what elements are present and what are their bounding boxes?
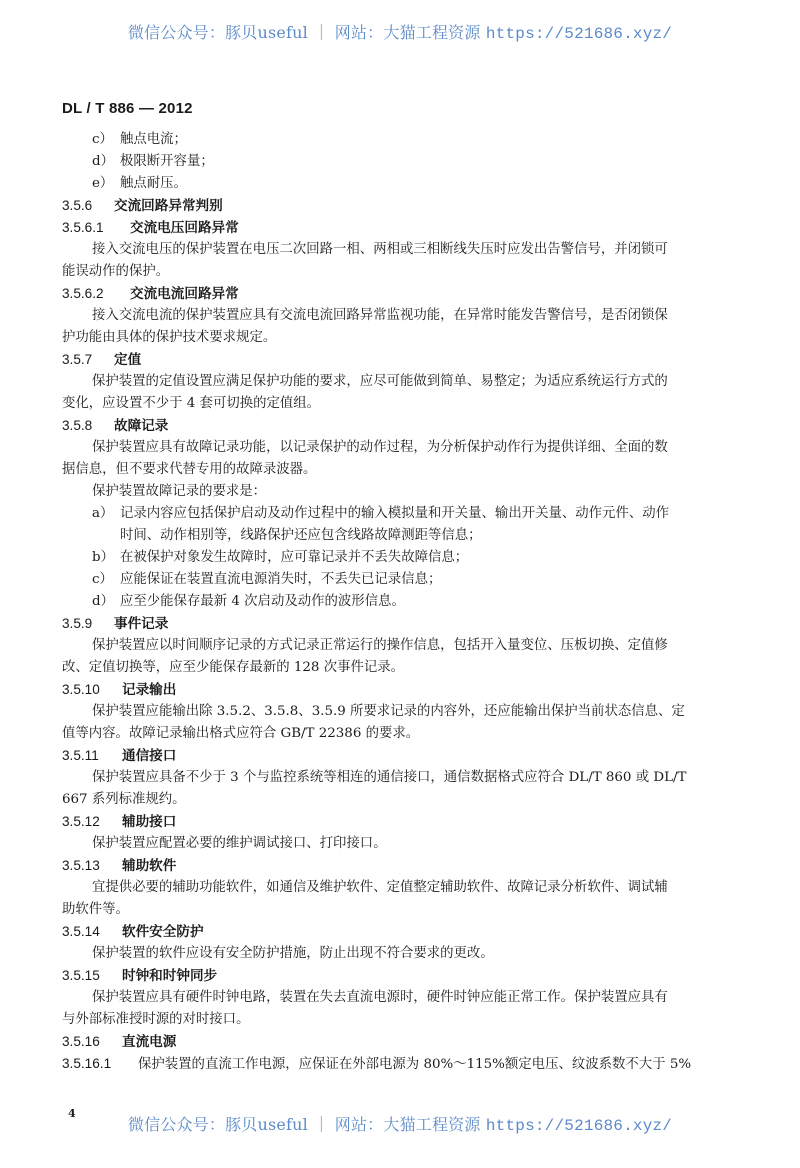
section-title: 事件记录	[114, 616, 168, 631]
list-item-text: 触点耐压。	[120, 176, 187, 191]
section-heading: 3.5.6.1交流电压回路异常	[62, 218, 239, 238]
list-item: e）触点耐压。	[92, 174, 187, 194]
section-number: 3.5.16	[62, 1032, 122, 1052]
section-title: 交流回路异常判别	[114, 198, 223, 213]
watermark-url[interactable]: https://521686.xyz/	[486, 25, 672, 43]
section-heading: 3.5.7定值	[62, 350, 141, 370]
standard-number-header: DL / T 886 — 2012	[62, 100, 193, 117]
list-item: b）在被保护对象发生故障时，应可靠记录并不丢失故障信息；	[92, 548, 468, 568]
section-title: 通信接口	[122, 748, 176, 763]
watermark-text: 微信公众号：豚贝useful ｜ 网站：大猫工程资源	[128, 1115, 486, 1134]
watermark-url[interactable]: https://521686.xyz/	[486, 1117, 672, 1135]
section-heading: 3.5.6交流回路异常判别	[62, 196, 223, 216]
section-title: 直流电源	[122, 1034, 176, 1049]
section-number: 3.5.10	[62, 680, 122, 700]
paragraph-line: 能误动作的保护。	[62, 262, 169, 282]
section-title: 时钟和时钟同步	[122, 968, 217, 983]
section-number: 3.5.11	[62, 746, 122, 766]
paragraph-line: 值等内容。故障记录输出格式应符合 GB/T 22386 的要求。	[62, 724, 419, 744]
list-item-text: 在被保护对象发生故障时，应可靠记录并不丢失故障信息；	[120, 550, 468, 565]
paragraph-line: 保护装置应具备不少于 3 个与监控系统等相连的通信接口，通信数据格式应符合 DL…	[92, 768, 686, 788]
section-heading: 3.5.6.2交流电流回路异常	[62, 284, 239, 304]
paragraph-line: 保护装置应配置必要的维护调试接口、打印接口。	[92, 834, 387, 854]
list-item: a）记录内容应包括保护启动及动作过程中的输入模拟量和开关量、输出开关量、动作元件…	[92, 504, 669, 524]
list-item-label: c）	[92, 570, 120, 590]
paragraph-line: 与外部标准授时源的对时接口。	[62, 1010, 249, 1030]
section-title: 辅助接口	[122, 814, 176, 829]
paragraph-line: 据信息，但不要求代替专用的故障录波器。	[62, 460, 316, 480]
section-title: 软件安全防护	[122, 924, 204, 939]
section-number: 3.5.6.2	[62, 284, 130, 304]
section-number: 3.5.14	[62, 922, 122, 942]
watermark-text: 微信公众号：豚贝useful ｜ 网站：大猫工程资源	[128, 23, 486, 42]
list-item: d）应至少能保存最新 4 次启动及动作的波形信息。	[92, 592, 405, 612]
paragraph-line: 保护装置应以时间顺序记录的方式记录正常运行的操作信息，包括开入量变位、压板切换、…	[92, 636, 668, 656]
section-number: 3.5.12	[62, 812, 122, 832]
list-item: c）触点电流；	[92, 130, 187, 150]
watermark-top: 微信公众号：豚贝useful ｜ 网站：大猫工程资源 https://52168…	[0, 20, 800, 43]
section-number: 3.5.16.1	[62, 1054, 138, 1074]
paragraph-line: 接入交流电流的保护装置应具有交流电流回路异常监视功能，在异常时能发告警信号，是否…	[92, 306, 668, 326]
list-item-continuation: 时间、动作相别等，线路保护还应包含线路故障测距等信息；	[120, 526, 482, 546]
paragraph-line: 保护装置应具有故障记录功能，以记录保护的动作过程，为分析保护动作行为提供详细、全…	[92, 438, 668, 458]
paragraph-text: 保护装置的直流工作电源，应保证在外部电源为 80%～115%额定电压、纹波系数不…	[138, 1057, 691, 1072]
section-heading: 3.5.13辅助软件	[62, 856, 176, 876]
list-item-text: 极限断开容量；	[120, 154, 214, 169]
list-item-label: b）	[92, 548, 120, 568]
section-heading: 3.5.10记录输出	[62, 680, 176, 700]
section-heading: 3.5.11通信接口	[62, 746, 176, 766]
section-number: 3.5.13	[62, 856, 122, 876]
paragraph-line: 保护装置应具有硬件时钟电路，装置在失去直流电源时，硬件时钟应能正常工作。保护装置…	[92, 988, 668, 1008]
paragraph-line: 宜提供必要的辅助功能软件，如通信及维护软件、定值整定辅助软件、故障记录分析软件、…	[92, 878, 668, 898]
section-number: 3.5.15	[62, 966, 122, 986]
section-title: 定值	[114, 352, 141, 367]
list-item-label: a）	[92, 504, 120, 524]
paragraph-line: 667 系列标准规约。	[62, 790, 186, 810]
list-item-text: 应至少能保存最新 4 次启动及动作的波形信息。	[120, 594, 405, 609]
section-title: 记录输出	[122, 682, 176, 697]
list-item-text: 应能保证在装置直流电源消失时，不丢失已记录信息；	[120, 572, 441, 587]
paragraph-line: 护功能由具体的保护技术要求规定。	[62, 328, 276, 348]
paragraph-line: 改、定值切换等，应至少能保存最新的 128 次事件记录。	[62, 658, 404, 678]
watermark-bottom: 微信公众号：豚贝useful ｜ 网站：大猫工程资源 https://52168…	[0, 1112, 800, 1135]
section-title: 交流电压回路异常	[130, 220, 239, 235]
list-item: c）应能保证在装置直流电源消失时，不丢失已记录信息；	[92, 570, 441, 590]
section-title: 交流电流回路异常	[130, 286, 239, 301]
section-number: 3.5.6	[62, 196, 114, 216]
section-title: 故障记录	[114, 418, 168, 433]
paragraph-line: 变化，应设置不少于 4 套可切换的定值组。	[62, 394, 320, 414]
list-item-text: 触点电流；	[120, 132, 187, 147]
section-number: 3.5.8	[62, 416, 114, 436]
list-item-label: e）	[92, 174, 120, 194]
section-heading: 3.5.9事件记录	[62, 614, 168, 634]
paragraph-line: 接入交流电压的保护装置在电压二次回路一相、两相或三相断线失压时应发出告警信号，并…	[92, 240, 668, 260]
section-number: 3.5.9	[62, 614, 114, 634]
list-item-label: d）	[92, 152, 120, 172]
list-item-label: d）	[92, 592, 120, 612]
paragraph-line: 保护装置故障记录的要求是：	[92, 482, 266, 502]
section-heading: 3.5.15时钟和时钟同步	[62, 966, 217, 986]
section-heading: 3.5.12辅助接口	[62, 812, 176, 832]
section-title: 辅助软件	[122, 858, 176, 873]
paragraph-line: 保护装置的定值设置应满足保护功能的要求，应尽可能做到简单、易整定；为适应系统运行…	[92, 372, 668, 392]
list-item-text: 记录内容应包括保护启动及动作过程中的输入模拟量和开关量、输出开关量、动作元件、动…	[120, 506, 669, 521]
section-heading: 3.5.16直流电源	[62, 1032, 176, 1052]
section-number: 3.5.6.1	[62, 218, 130, 238]
list-item-label: c）	[92, 130, 120, 150]
paragraph-line: 助软件等。	[62, 900, 129, 920]
list-item: d）极限断开容量；	[92, 152, 214, 172]
section-number: 3.5.7	[62, 350, 114, 370]
paragraph-line: 保护装置的软件应设有安全防护措施，防止出现不符合要求的更改。	[92, 944, 494, 964]
paragraph-line: 保护装置应能输出除 3.5.2、3.5.8、3.5.9 所要求记录的内容外，还应…	[92, 702, 685, 722]
section-heading: 3.5.14软件安全防护	[62, 922, 204, 942]
section-heading: 3.5.8故障记录	[62, 416, 168, 436]
section-inline-paragraph: 3.5.16.1保护装置的直流工作电源，应保证在外部电源为 80%～115%额定…	[62, 1054, 691, 1075]
